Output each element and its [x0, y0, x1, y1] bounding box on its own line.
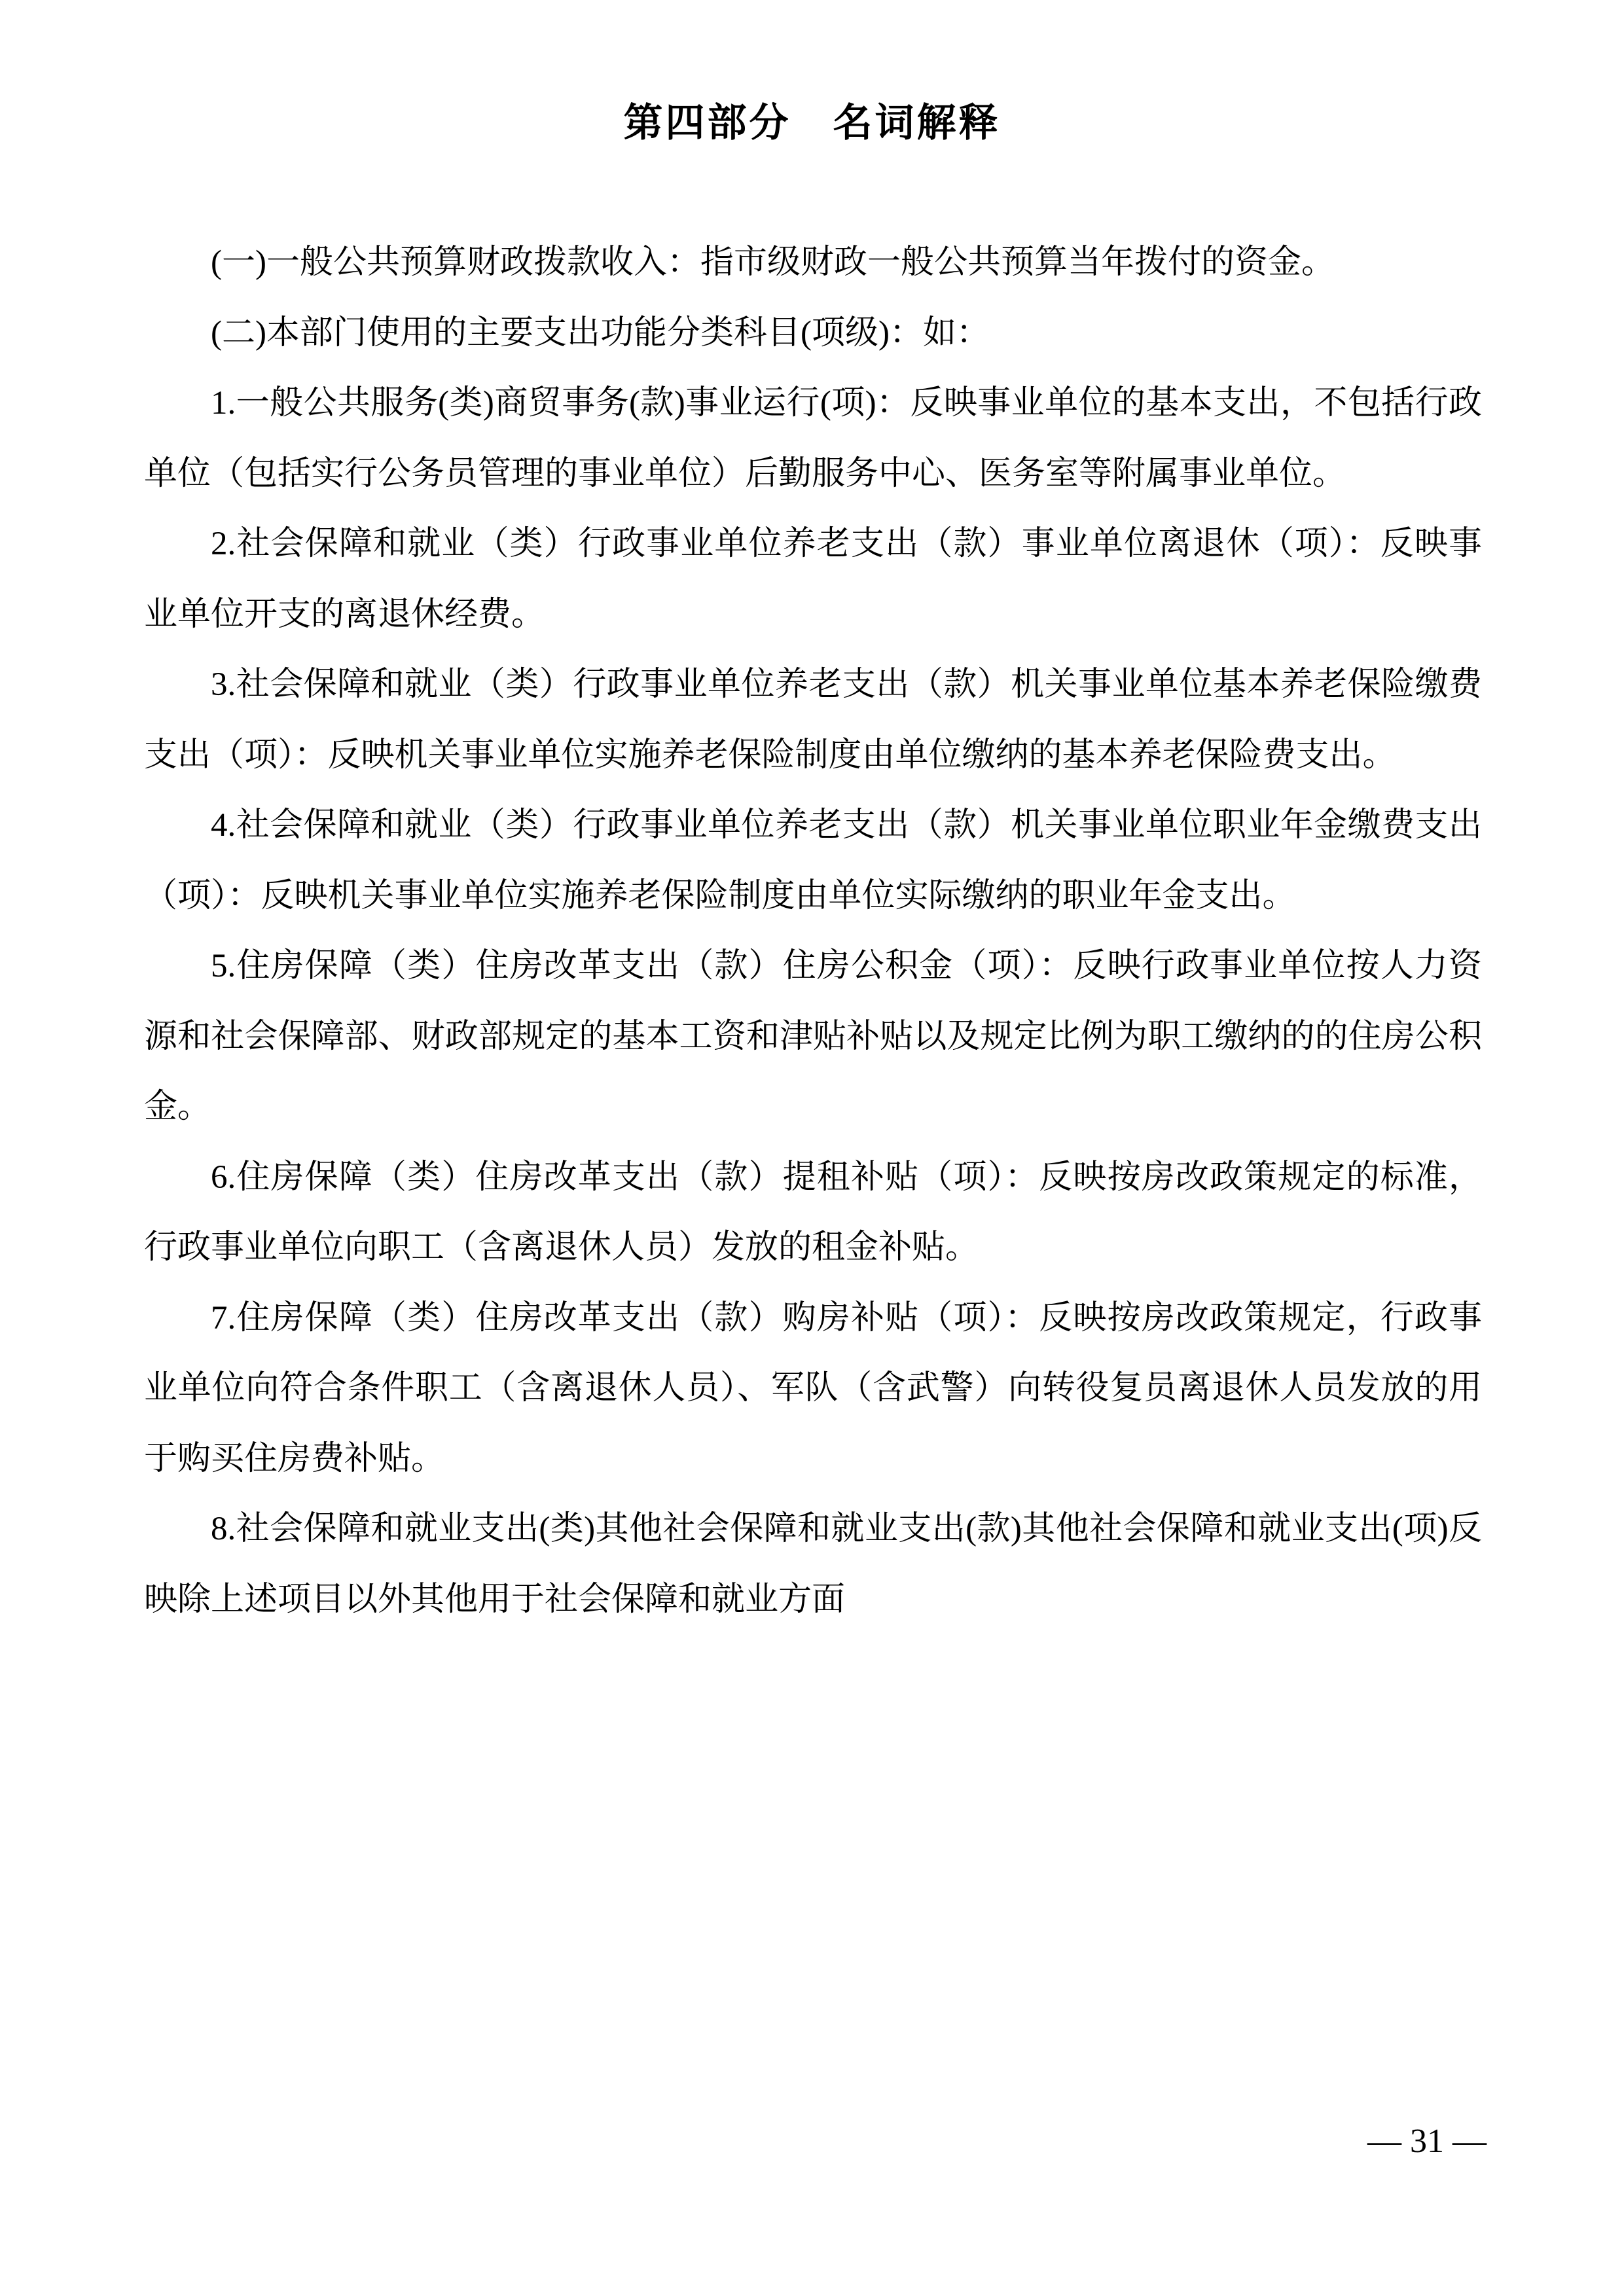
page-title: 第四部分 名词解释	[0, 92, 1624, 148]
paragraph: 8.社会保障和就业支出(类)其他社会保障和就业支出(款)其他社会保障和就业支出(…	[144, 1494, 1482, 1635]
document-body: (一)一般公共预算财政拨款收入：指市级财政一般公共预算当年拨付的资金。 (二)本…	[144, 228, 1482, 1635]
paragraph: 2.社会保障和就业（类）行政事业单位养老支出（款）事业单位离退休（项）：反映事业…	[144, 509, 1482, 650]
page-number: — 31 —	[1367, 2122, 1487, 2161]
paragraph: 5.住房保障（类）住房改革支出（款）住房公积金（项）：反映行政事业单位按人力资源…	[144, 931, 1482, 1143]
paragraph: 6.住房保障（类）住房改革支出（款）提租补贴（项）：反映按房改政策规定的标准，行…	[144, 1143, 1482, 1283]
paragraph: (二)本部门使用的主要支出功能分类科目(项级)：如：	[144, 298, 1482, 369]
paragraph: (一)一般公共预算财政拨款收入：指市级财政一般公共预算当年拨付的资金。	[144, 228, 1482, 298]
paragraph: 4.社会保障和就业（类）行政事业单位养老支出（款）机关事业单位职业年金缴费支出（…	[144, 791, 1482, 931]
paragraph: 3.社会保障和就业（类）行政事业单位养老支出（款）机关事业单位基本养老保险缴费支…	[144, 650, 1482, 791]
paragraph: 1.一般公共服务(类)商贸事务(款)事业运行(项)：反映事业单位的基本支出，不包…	[144, 368, 1482, 509]
paragraph: 7.住房保障（类）住房改革支出（款）购房补贴（项）：反映按房改政策规定，行政事业…	[144, 1283, 1482, 1495]
document-page: 第四部分 名词解释 (一)一般公共预算财政拨款收入：指市级财政一般公共预算当年拨…	[0, 0, 1624, 2296]
